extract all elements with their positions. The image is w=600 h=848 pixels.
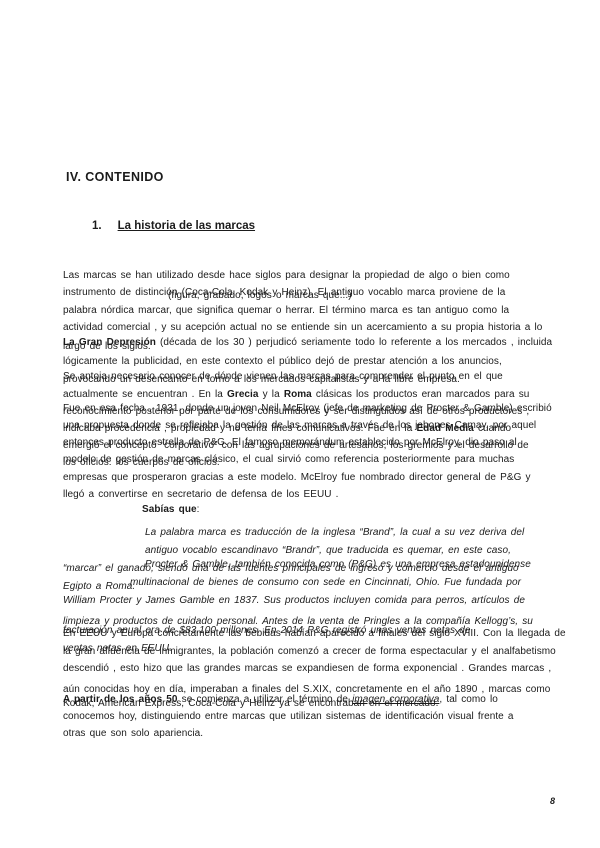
section-heading: 1.La historia de las marcas xyxy=(92,220,255,232)
text-line: lógicamente la publicidad, en este conte… xyxy=(63,356,502,367)
text-line: La palabra marca es traducción de la ing… xyxy=(145,527,524,538)
text-line: actividad comercial , y su acepción actu… xyxy=(63,322,542,333)
text-line: provocando un desencanto en torno a los … xyxy=(63,374,460,385)
text-line: indicaba procedencia , propiedad y no te… xyxy=(63,423,511,434)
text-line: actualmente se encuentran . En la Grecia… xyxy=(63,389,529,400)
text-line: otras que son solo apariencia. xyxy=(63,728,203,739)
text-line: Egipto a Roma. xyxy=(63,581,135,592)
text-line: palabra nórdica marcar, que significa qu… xyxy=(63,305,509,316)
text-line: conocemos hoy, distinguiendo entre marca… xyxy=(63,711,514,722)
text-line: llegó a convertirse en secretario de def… xyxy=(63,489,338,500)
text-line: (figura, grabado, logos o marcas que...) xyxy=(168,290,352,301)
text-line: descendió , esto hizo que las grandes ma… xyxy=(63,663,551,674)
section-title: La historia de las marcas xyxy=(118,220,255,232)
text-line: emergió el concepto “corporativo” con la… xyxy=(63,440,529,451)
text-line: los oficios: los cuerpos de oficios. xyxy=(63,457,220,468)
text-line: Kodak, American Express, Coca-Cola y Hei… xyxy=(63,698,438,709)
text-line: empresas que prosperaron gracias a este … xyxy=(63,472,531,483)
section-number: 1. xyxy=(92,220,102,232)
document-page: IV. CONTENIDO 1.La historia de las marca… xyxy=(0,0,600,848)
text-line: largo de los siglos. xyxy=(63,341,151,352)
text-line: Sabías que: xyxy=(142,504,199,515)
text-line: la gran afluencia de inmigrantes, la pob… xyxy=(63,646,556,657)
text-line: antiguo vocablo escandinavo “Brandr”, qu… xyxy=(145,545,511,556)
text-line: multinacional de bienes de consumo con s… xyxy=(130,577,521,588)
text-line: En EEUU y Europa concretamente las bebid… xyxy=(63,628,566,639)
text-line: William Procter y James Gamble en 1837. … xyxy=(63,595,525,606)
text-line: Las marcas se han utilizado desde hace s… xyxy=(63,270,510,281)
page-number: 8 xyxy=(550,796,555,806)
text-line: reconocimiento posterior por parte de lo… xyxy=(63,406,529,417)
text-line: “marcar” el ganado, siendo una de las fu… xyxy=(63,563,519,574)
document-title: IV. CONTENIDO xyxy=(66,170,164,184)
